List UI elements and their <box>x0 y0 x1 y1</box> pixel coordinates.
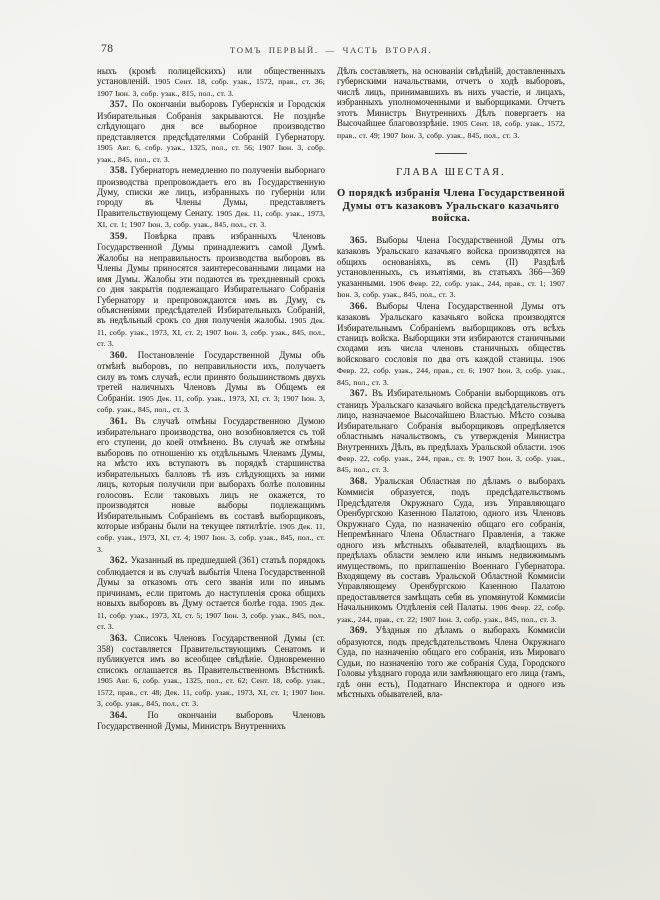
article-365: 365. Выборы Члена Государственной Думы о… <box>337 235 565 301</box>
article-number: 359. <box>110 232 144 242</box>
article-361: 361. Въ случаѣ отмѣны Государственною Ду… <box>97 416 325 556</box>
section-divider <box>435 153 467 154</box>
article-number: 369. <box>350 626 376 636</box>
article-366: 366. Выборы Члена Государственной Думы о… <box>337 301 565 389</box>
article-number: 368. <box>350 477 374 487</box>
article-number: 360. <box>110 351 138 361</box>
statute-citation: 1905 Сент. 18, собр. узак., 1572, прав.,… <box>337 119 565 139</box>
article-number: 363. <box>110 634 134 644</box>
continuation-paragraph: Дѣлъ составляетъ, на основаніи свѣдѣній,… <box>337 66 565 141</box>
article-number: 358. <box>110 166 131 176</box>
page-header: 78 ТОМЪ ПЕРВЫЙ. — ЧАСТЬ ВТОРАЯ. <box>98 43 564 59</box>
article-number: 362. <box>110 556 131 566</box>
statute-citation: 1906 Февр. 22, собр. узак., 244, прав., … <box>337 443 565 475</box>
article-358: 358. Губернаторъ немедленно по полученіи… <box>97 165 325 231</box>
article-364: 364. По окончаніи выборовъ Членовъ Госуд… <box>97 710 325 732</box>
article-360: 360. Постановленіе Государственной Думы … <box>97 350 325 416</box>
statute-citation: 1905 Авг. 6, собр. узак., 1325, пол., ст… <box>97 143 325 163</box>
statute-citation: 1906 Февр. 22, собр. узак., 244, прав., … <box>337 355 565 387</box>
article-369: 369. Уѣздныя по дѣламъ о выборахъ Коммис… <box>337 625 565 699</box>
article-362: 362. Указанный въ предшедшей (361) стать… <box>97 555 325 632</box>
article-number: 367. <box>350 389 372 399</box>
statute-citation: 1905 Дек. 11, собр. узак., 1973, XI, ст.… <box>97 599 325 631</box>
book-page: 78 ТОМЪ ПЕРВЫЙ. — ЧАСТЬ ВТОРАЯ. ныхъ (кр… <box>0 0 660 900</box>
statute-citation: 1905 Дек. 11, собр. узак., 1973, XI, ст.… <box>97 522 325 554</box>
left-column: ныхъ (кромѣ полицейскихъ) или общественн… <box>97 66 325 732</box>
article-number: 365. <box>350 236 376 246</box>
chapter-heading: ГЛАВА ШЕСТАЯ. <box>337 167 565 179</box>
statute-citation: 1905 Авг. 6, собр. узак., 1325, пол., ст… <box>97 676 325 708</box>
article-number: 366. <box>350 302 376 312</box>
article-359: 359. Повѣрка правъ избранныхъ Членовъ Го… <box>97 231 325 350</box>
article-363: 363. Списокъ Членовъ Государственной Дум… <box>97 633 325 710</box>
article-number: 361. <box>110 417 135 427</box>
article-368: 368. Уральская Областная по дѣламъ о выб… <box>337 476 565 625</box>
statute-citation: 1906 Февр. 22, собр. узак., 244, прав., … <box>337 279 565 299</box>
continuation-paragraph: ныхъ (кромѣ полицейскихъ) или общественн… <box>97 66 325 99</box>
statute-citation: 1906 Февр. 22, собр. узак., 244, прав., … <box>337 603 565 623</box>
statute-citation: 1905 Дек. 11, собр. узак., 1973, XI, ст.… <box>97 316 325 348</box>
article-367: 367. Въ Избирательномъ Собраніи выборщик… <box>337 388 565 476</box>
running-title: ТОМЪ ПЕРВЫЙ. — ЧАСТЬ ВТОРАЯ. <box>98 45 564 55</box>
right-column: Дѣлъ составляетъ, на основаніи свѣдѣній,… <box>337 66 565 699</box>
article-number: 357. <box>110 100 132 110</box>
statute-citation: 1905 Дек. 11, собр. узак., 1973, XI, ст.… <box>97 394 325 414</box>
article-357: 357. По окончаніи выборовъ Губернскія и … <box>97 99 325 165</box>
article-number: 364. <box>110 711 147 721</box>
statute-citation: 1905 Дек. 11, собр. узак., 1973, XI, ст.… <box>97 209 325 229</box>
chapter-subtitle: О порядкѣ избранія Члена Государственной… <box>337 188 565 226</box>
statute-citation: 1905 Сент. 18, собр. узак., 1572, прав.,… <box>97 77 325 97</box>
